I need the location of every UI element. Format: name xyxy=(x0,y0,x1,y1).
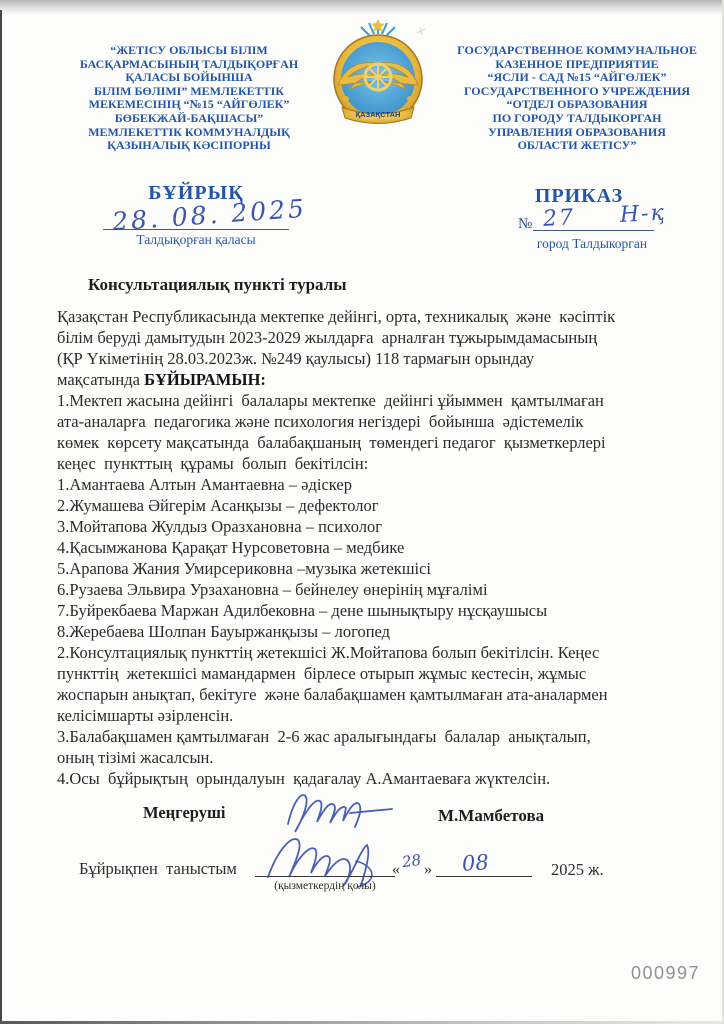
signer-name: М.Мамбетова xyxy=(438,806,544,826)
org-ru-line: ГОСУДАРСТВЕННОЕ КОММУНАЛЬНОЕ xyxy=(446,44,708,58)
org-name-russian: ГОСУДАРСТВЕННОЕ КОММУНАЛЬНОЕ КАЗЕННОЕ ПР… xyxy=(446,44,708,153)
staff-list-item: 3.Мойтапова Жулдыз Оразхановна – психоло… xyxy=(57,516,697,537)
staff-list-item: 5.Арапова Жания Умирсериковна –музыка же… xyxy=(57,558,697,579)
director-signature xyxy=(280,782,398,838)
body-line: 3.Балабақшамен қамтылмаған 2-6 жас аралы… xyxy=(57,726,697,747)
staff-list-item: 4.Қасымжанова Қарақат Нурсоветовна – мед… xyxy=(57,537,697,558)
staff-list-item: 2.Жумашева Әйгерім Асанқызы – дефектолог xyxy=(57,495,697,516)
scan-edge-left xyxy=(0,10,2,1024)
order-body: Қазақстан Республикасында мектепке дейін… xyxy=(57,306,697,789)
year-label: 2025 ж. xyxy=(551,860,604,880)
org-kk-line: МЕМЛЕКЕТТІК КОММУНАЛДЫҚ xyxy=(66,126,312,140)
document-serial-number: 000997 xyxy=(631,963,700,984)
body-line: көмек көрсету мақсатында балабақшаның тө… xyxy=(57,432,697,453)
body-line: 2.Консултациялық пункттің жетекшісі Ж.Мо… xyxy=(57,642,697,663)
org-kk-line: БАСҚАРМАСЫНЫҢ ТАЛДЫҚОРҒАН xyxy=(66,58,312,72)
body-line: келісімшарты әзірленсін. xyxy=(57,705,697,726)
scanned-order-document: “ЖЕТІСУ ОБЛЫСЫ БІЛІМ БАСҚАРМАСЫНЫҢ ТАЛДЫ… xyxy=(0,0,724,1024)
place-kazakh: Талдықорған қаласы xyxy=(100,232,292,248)
kazakhstan-state-emblem-icon: ҚАЗАҚСТАН xyxy=(326,18,430,130)
date-underline xyxy=(103,229,289,230)
staff-list-item: 8.Жеребаева Шолпан Бауыржанқызы – логопе… xyxy=(57,621,697,642)
signature-underline xyxy=(255,876,395,877)
body-line: ата-аналарға педагогика және психология … xyxy=(57,411,697,432)
body-line: (ҚР Үкіметінің 28.03.2023ж. №249 қаулысы… xyxy=(57,348,697,369)
org-kk-line: ҚАЛАСЫ БОЙЫНША xyxy=(66,71,312,85)
scan-edge-top xyxy=(0,0,724,16)
handwritten-month: 08 xyxy=(461,850,489,876)
quote-open: « xyxy=(392,861,400,879)
body-line: мақсатында БҰЙЫРАМЫН: xyxy=(57,369,697,390)
org-kk-line: БІЛІМ БӨЛІМІ” МЕМЛЕКЕТТІК xyxy=(66,85,312,99)
handwritten-day: 28 xyxy=(401,851,422,871)
org-ru-line: ПО ГОРОДУ ТАЛДЫКОРГАН xyxy=(446,112,708,126)
org-kk-line: “ЖЕТІСУ ОБЛЫСЫ БІЛІМ xyxy=(66,44,312,58)
body-line: оның тізімі жасалсын. xyxy=(57,747,697,768)
signer-role: Меңгеруші xyxy=(143,803,226,823)
org-ru-line: ГОСУДАРСТВЕННОГО УЧРЕЖДЕНИЯ xyxy=(446,85,708,99)
number-label: № xyxy=(518,216,532,233)
month-underline xyxy=(436,876,532,877)
handwritten-order-number: 27 Н-қ xyxy=(542,201,653,232)
order-subject: Консультациялық пункті туралы xyxy=(88,275,347,295)
body-line: пункттің жетекшісі мамандармен бірлесе о… xyxy=(57,663,697,684)
body-line: 1.Мектеп жасына дейінгі балалары мектепк… xyxy=(57,390,697,411)
body-line: Қазақстан Республикасында мектепке дейін… xyxy=(57,306,697,327)
staff-list-item: 7.Буйрекбаева Маржан Адилбековна – дене … xyxy=(57,600,697,621)
staff-list-item: 6.Рузаева Эльвира Урзахановна – бейнелеу… xyxy=(57,579,697,600)
place-russian: город Талдыкорган xyxy=(522,236,662,252)
body-line: білім беруді дамытудын 2023-2029 жылдарғ… xyxy=(57,327,697,348)
org-kk-line: МЕКЕМЕСІНІҢ “№15 “АЙГӨЛЕК” xyxy=(66,98,312,112)
body-line: жоспарын анықтап, бекітуге және балабақш… xyxy=(57,684,697,705)
number-underline xyxy=(533,230,654,231)
org-ru-line: “ОТДЕЛ ОБРАЗОВАНИЯ xyxy=(446,98,708,112)
org-kk-line: БӨБЕКЖАЙ-БАҚШАСЫ” xyxy=(66,112,312,126)
org-ru-line: КАЗЕННОЕ ПРЕДПРИЯТИЕ xyxy=(446,58,708,72)
org-name-kazakh: “ЖЕТІСУ ОБЛЫСЫ БІЛІМ БАСҚАРМАСЫНЫҢ ТАЛДЫ… xyxy=(66,44,312,153)
org-ru-line: ОБЛАСТИ ЖЕТІСУ” xyxy=(446,139,708,153)
emblem-banner-text: ҚАЗАҚСТАН xyxy=(356,110,401,119)
pencil-mark xyxy=(416,26,426,36)
quote-close: » xyxy=(424,861,432,879)
org-kk-line: ҚАЗЫНАЛЫҚ КӘСІПОРНЫ xyxy=(66,139,312,153)
org-ru-line: УПРАВЛЕНИЯ ОБРАЗОВАНИЯ xyxy=(446,126,708,140)
acknowledgement-label: Бұйрықпен таныстым xyxy=(79,859,237,879)
org-ru-line: “ЯСЛИ - САД №15 “АЙГӨЛЕК” xyxy=(446,71,708,85)
signature-caption: (қызметкердің қолы) xyxy=(246,880,404,892)
order-keyword: БҰЙЫРАМЫН: xyxy=(144,370,266,389)
staff-list-item: 1.Амантаева Алтын Амантаевна – әдіскер xyxy=(57,474,697,495)
body-line: кеңес пункттың құрамы болып бекітілсін: xyxy=(57,453,697,474)
